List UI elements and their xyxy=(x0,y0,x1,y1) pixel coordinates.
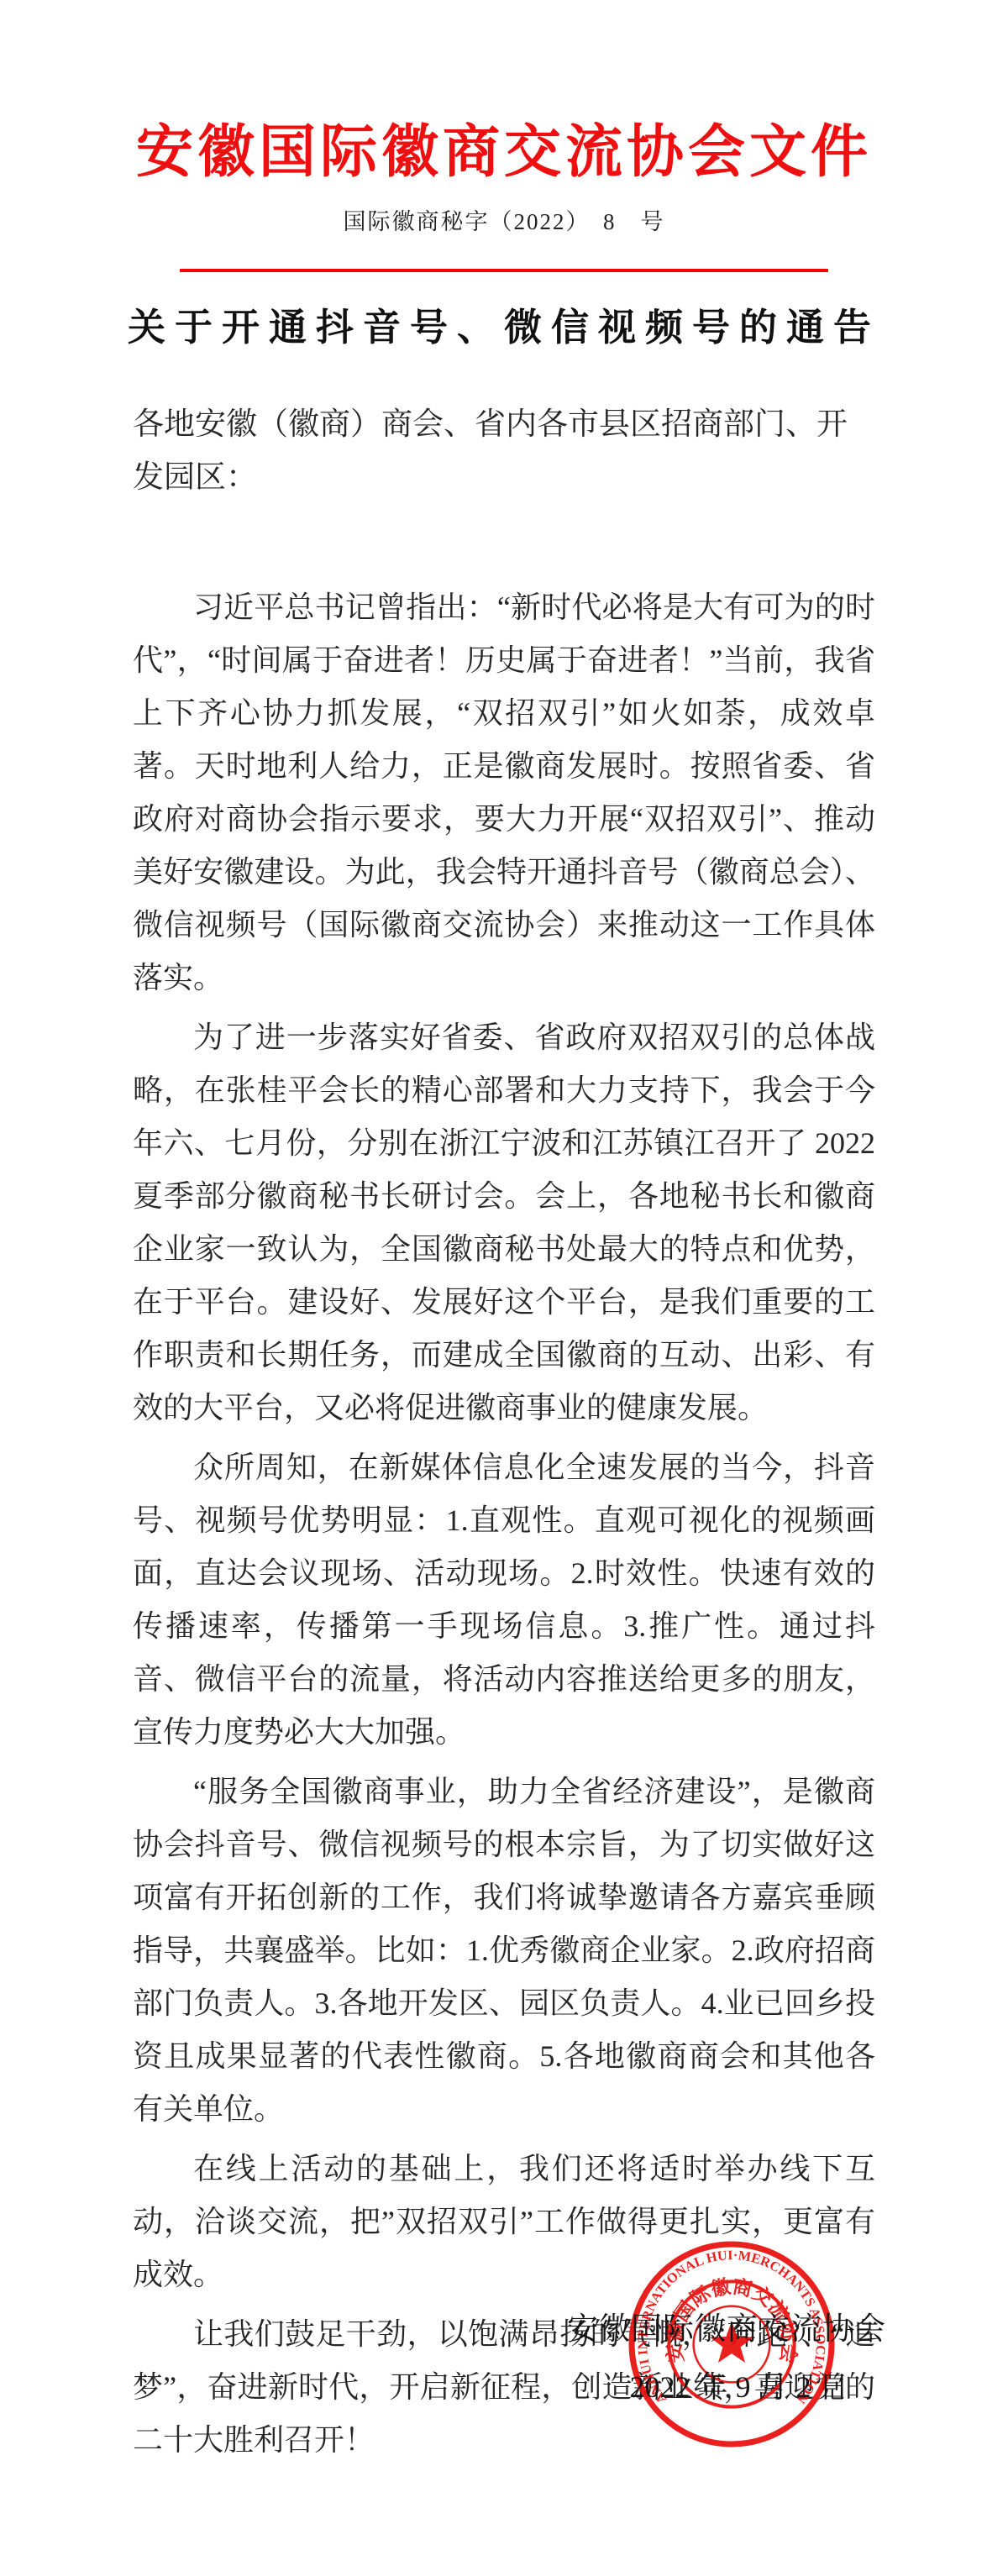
document-title: 安徽国际徽商交流协会文件 xyxy=(0,0,1008,182)
paragraph: 习近平总书记曾指出：“新时代必将是大有可为的时代”，“时间属于奋进者！历史属于奋… xyxy=(133,581,875,1005)
signature-org-name: 安徽国际徽商交流协会 xyxy=(521,2311,932,2348)
notice-heading: 关于开通抖音号、微信视频号的通告 xyxy=(0,306,1008,349)
body-paragraphs: 习近平总书记曾指出：“新时代必将是大有可为的时代”，“时间属于奋进者！历史属于奋… xyxy=(133,581,875,2467)
doc-number: 国际徽商秘字（2022） 8 号 xyxy=(0,211,1008,233)
paragraph: 为了进一步落实好省委、省政府双招双引的总体战略，在张桂平会长的精心部署和大力支持… xyxy=(133,1011,875,1435)
paragraph: “服务全国徽商事业，助力全省经济建设”，是徽商协会抖音号、微信视频号的根本宗旨，… xyxy=(133,1765,875,2136)
red-divider-line xyxy=(180,269,828,272)
document-page: 安徽国际徽商交流协会文件 国际徽商秘字（2022） 8 号 关于开通抖音号、微信… xyxy=(0,0,1008,2576)
salutation-line: 各地安徽（徽商）商会、省内各市县区招商部门、开发园区： xyxy=(133,398,875,504)
paragraph: 众所周知，在新媒体信息化全速发展的当今，抖音号、视频号优势明显：1.直观性。直观… xyxy=(133,1441,875,1759)
signature-date: 2022 年 9 月 2 日 xyxy=(533,2369,945,2405)
